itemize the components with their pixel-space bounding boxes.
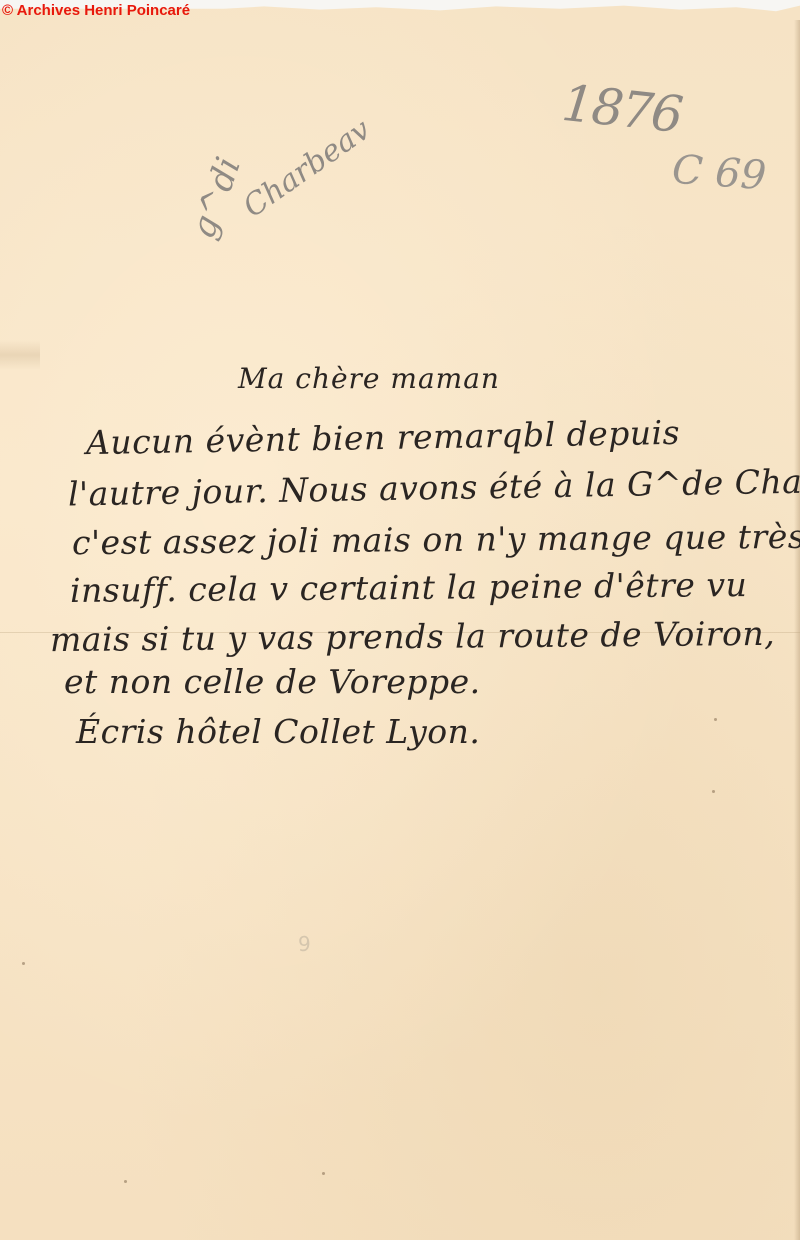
paper-speck xyxy=(124,1180,127,1183)
copyright-watermark: © Archives Henri Poincaré xyxy=(2,1,190,21)
paper-speck xyxy=(712,790,715,793)
pencil-year: 1876 xyxy=(559,74,684,144)
left-edge-crease xyxy=(0,340,40,370)
letter-line: l'autre jour. Nous avons été à la G^de C… xyxy=(68,461,800,513)
right-page-edge xyxy=(794,20,800,1240)
pencil-annotation-place: g^di Charbeav xyxy=(175,100,375,250)
letter-salutation: Ma chère maman xyxy=(238,362,500,395)
faint-page-number: 9 xyxy=(298,932,311,956)
letter-page: © Archives Henri Poincaré g^di Charbeav … xyxy=(0,0,800,1240)
paper-speck xyxy=(714,718,717,721)
pencil-gd-word: Charbeav xyxy=(237,112,377,225)
letter-line: et non celle de Voreppe. xyxy=(64,662,481,701)
paper-speck xyxy=(322,1172,325,1175)
letter-line: insuff. cela v certaint la peine d'être … xyxy=(70,565,748,610)
pencil-archive-code: C 69 xyxy=(671,147,768,199)
paper-speck xyxy=(22,962,25,965)
letter-line: Aucun évènt bien remarqbl depuis xyxy=(86,413,681,462)
letter-line: Écris hôtel Collet Lyon. xyxy=(76,712,480,751)
letter-line: c'est assez joli mais on n'y mange que t… xyxy=(72,517,800,562)
letter-line: mais si tu y vas prends la route de Voir… xyxy=(50,614,776,659)
